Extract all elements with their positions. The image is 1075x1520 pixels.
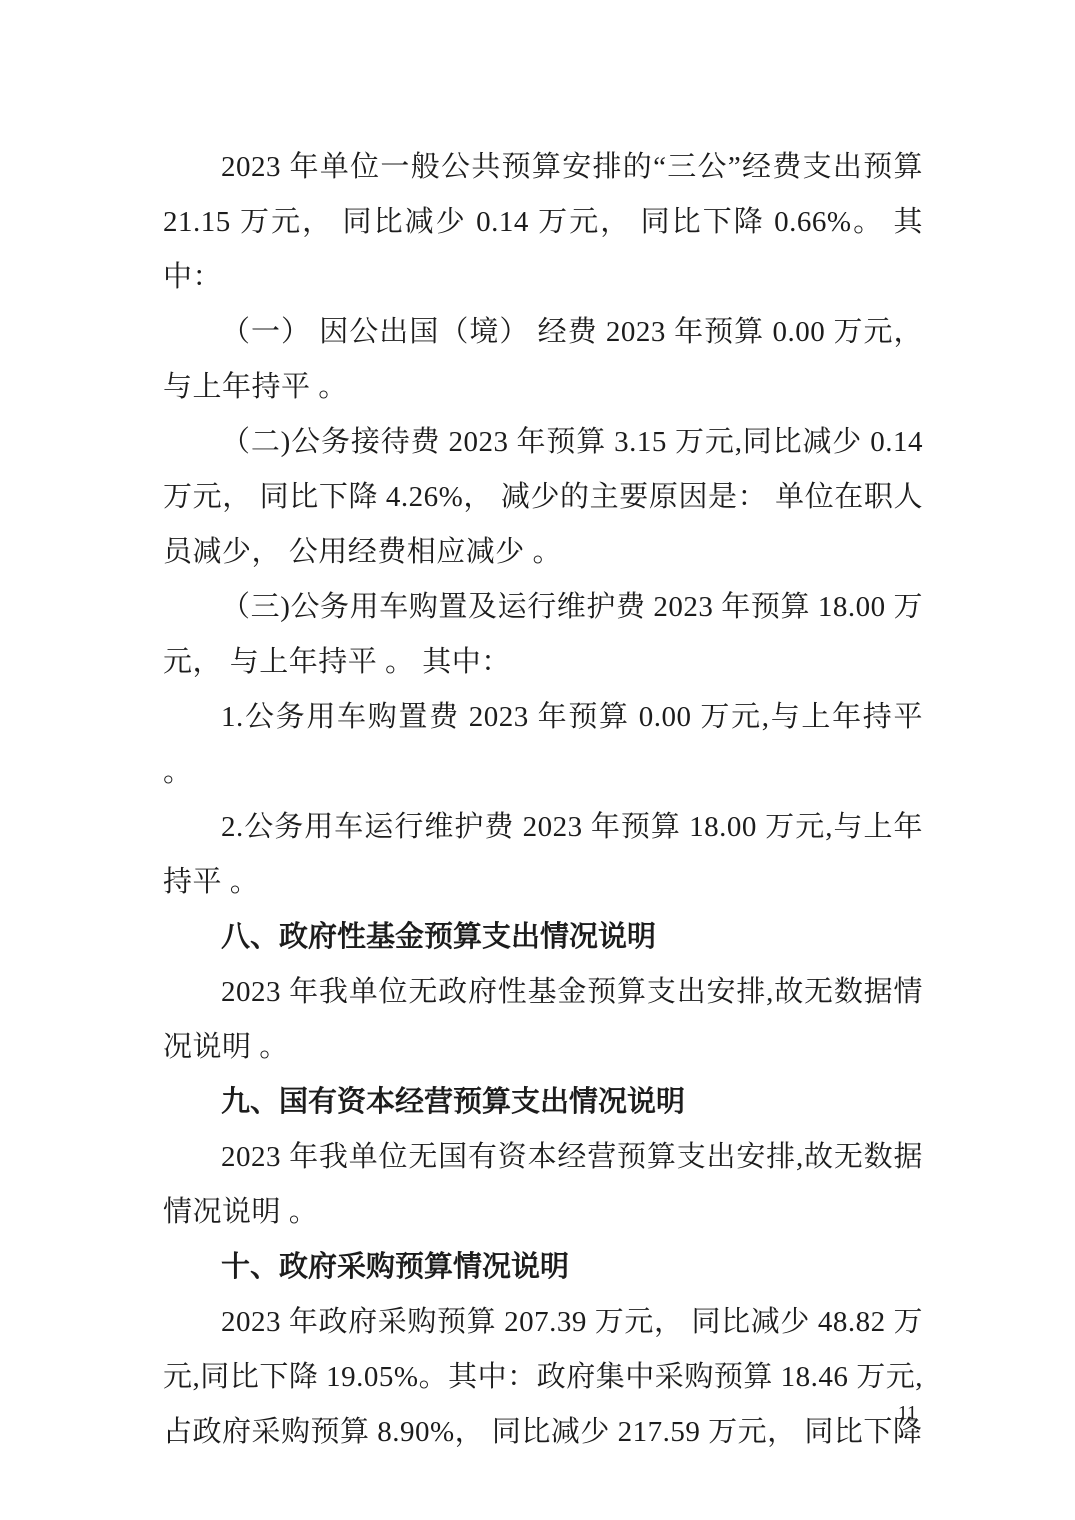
page-number: 11 bbox=[898, 1398, 917, 1428]
paragraph-official-reception-expense: （二)公务接待费 2023 年预算 3.15 万元,同比减少 0.14 万元， … bbox=[163, 415, 923, 580]
paragraph-three-public-budget-summary: 2023 年单位一般公共预算安排的“三公”经费支出预算 21.15 万元， 同比… bbox=[163, 140, 923, 305]
heading-section-8-government-fund-budget: 八、政府性基金预算支出情况说明 bbox=[163, 910, 923, 965]
paragraph-government-procurement-detail: 2023 年政府采购预算 207.39 万元， 同比减少 48.82 万元,同比… bbox=[163, 1295, 923, 1460]
paragraph-state-capital-budget-note: 2023 年我单位无国有资本经营预算支出安排,故无数据情况说明 。 bbox=[163, 1130, 923, 1240]
paragraph-vehicle-maintenance-expense: 2.公务用车运行维护费 2023 年预算 18.00 万元,与上年持平 。 bbox=[163, 800, 923, 910]
heading-section-9-state-capital-budget: 九、国有资本经营预算支出情况说明 bbox=[163, 1075, 923, 1130]
document-body: 2023 年单位一般公共预算安排的“三公”经费支出预算 21.15 万元， 同比… bbox=[163, 140, 923, 1460]
paragraph-vehicle-purchase-expense: 1.公务用车购置费 2023 年预算 0.00 万元,与上年持平 。 bbox=[163, 690, 923, 800]
heading-section-10-government-procurement: 十、政府采购预算情况说明 bbox=[163, 1240, 923, 1295]
paragraph-official-vehicle-expense: （三)公务用车购置及运行维护费 2023 年预算 18.00 万元， 与上年持平… bbox=[163, 580, 923, 690]
paragraph-government-fund-budget-note: 2023 年我单位无政府性基金预算支出安排,故无数据情况说明 。 bbox=[163, 965, 923, 1075]
paragraph-overseas-travel-expense: （一） 因公出国（境） 经费 2023 年预算 0.00 万元， 与上年持平 。 bbox=[163, 305, 923, 415]
document-page: 2023 年单位一般公共预算安排的“三公”经费支出预算 21.15 万元， 同比… bbox=[0, 0, 1075, 1520]
